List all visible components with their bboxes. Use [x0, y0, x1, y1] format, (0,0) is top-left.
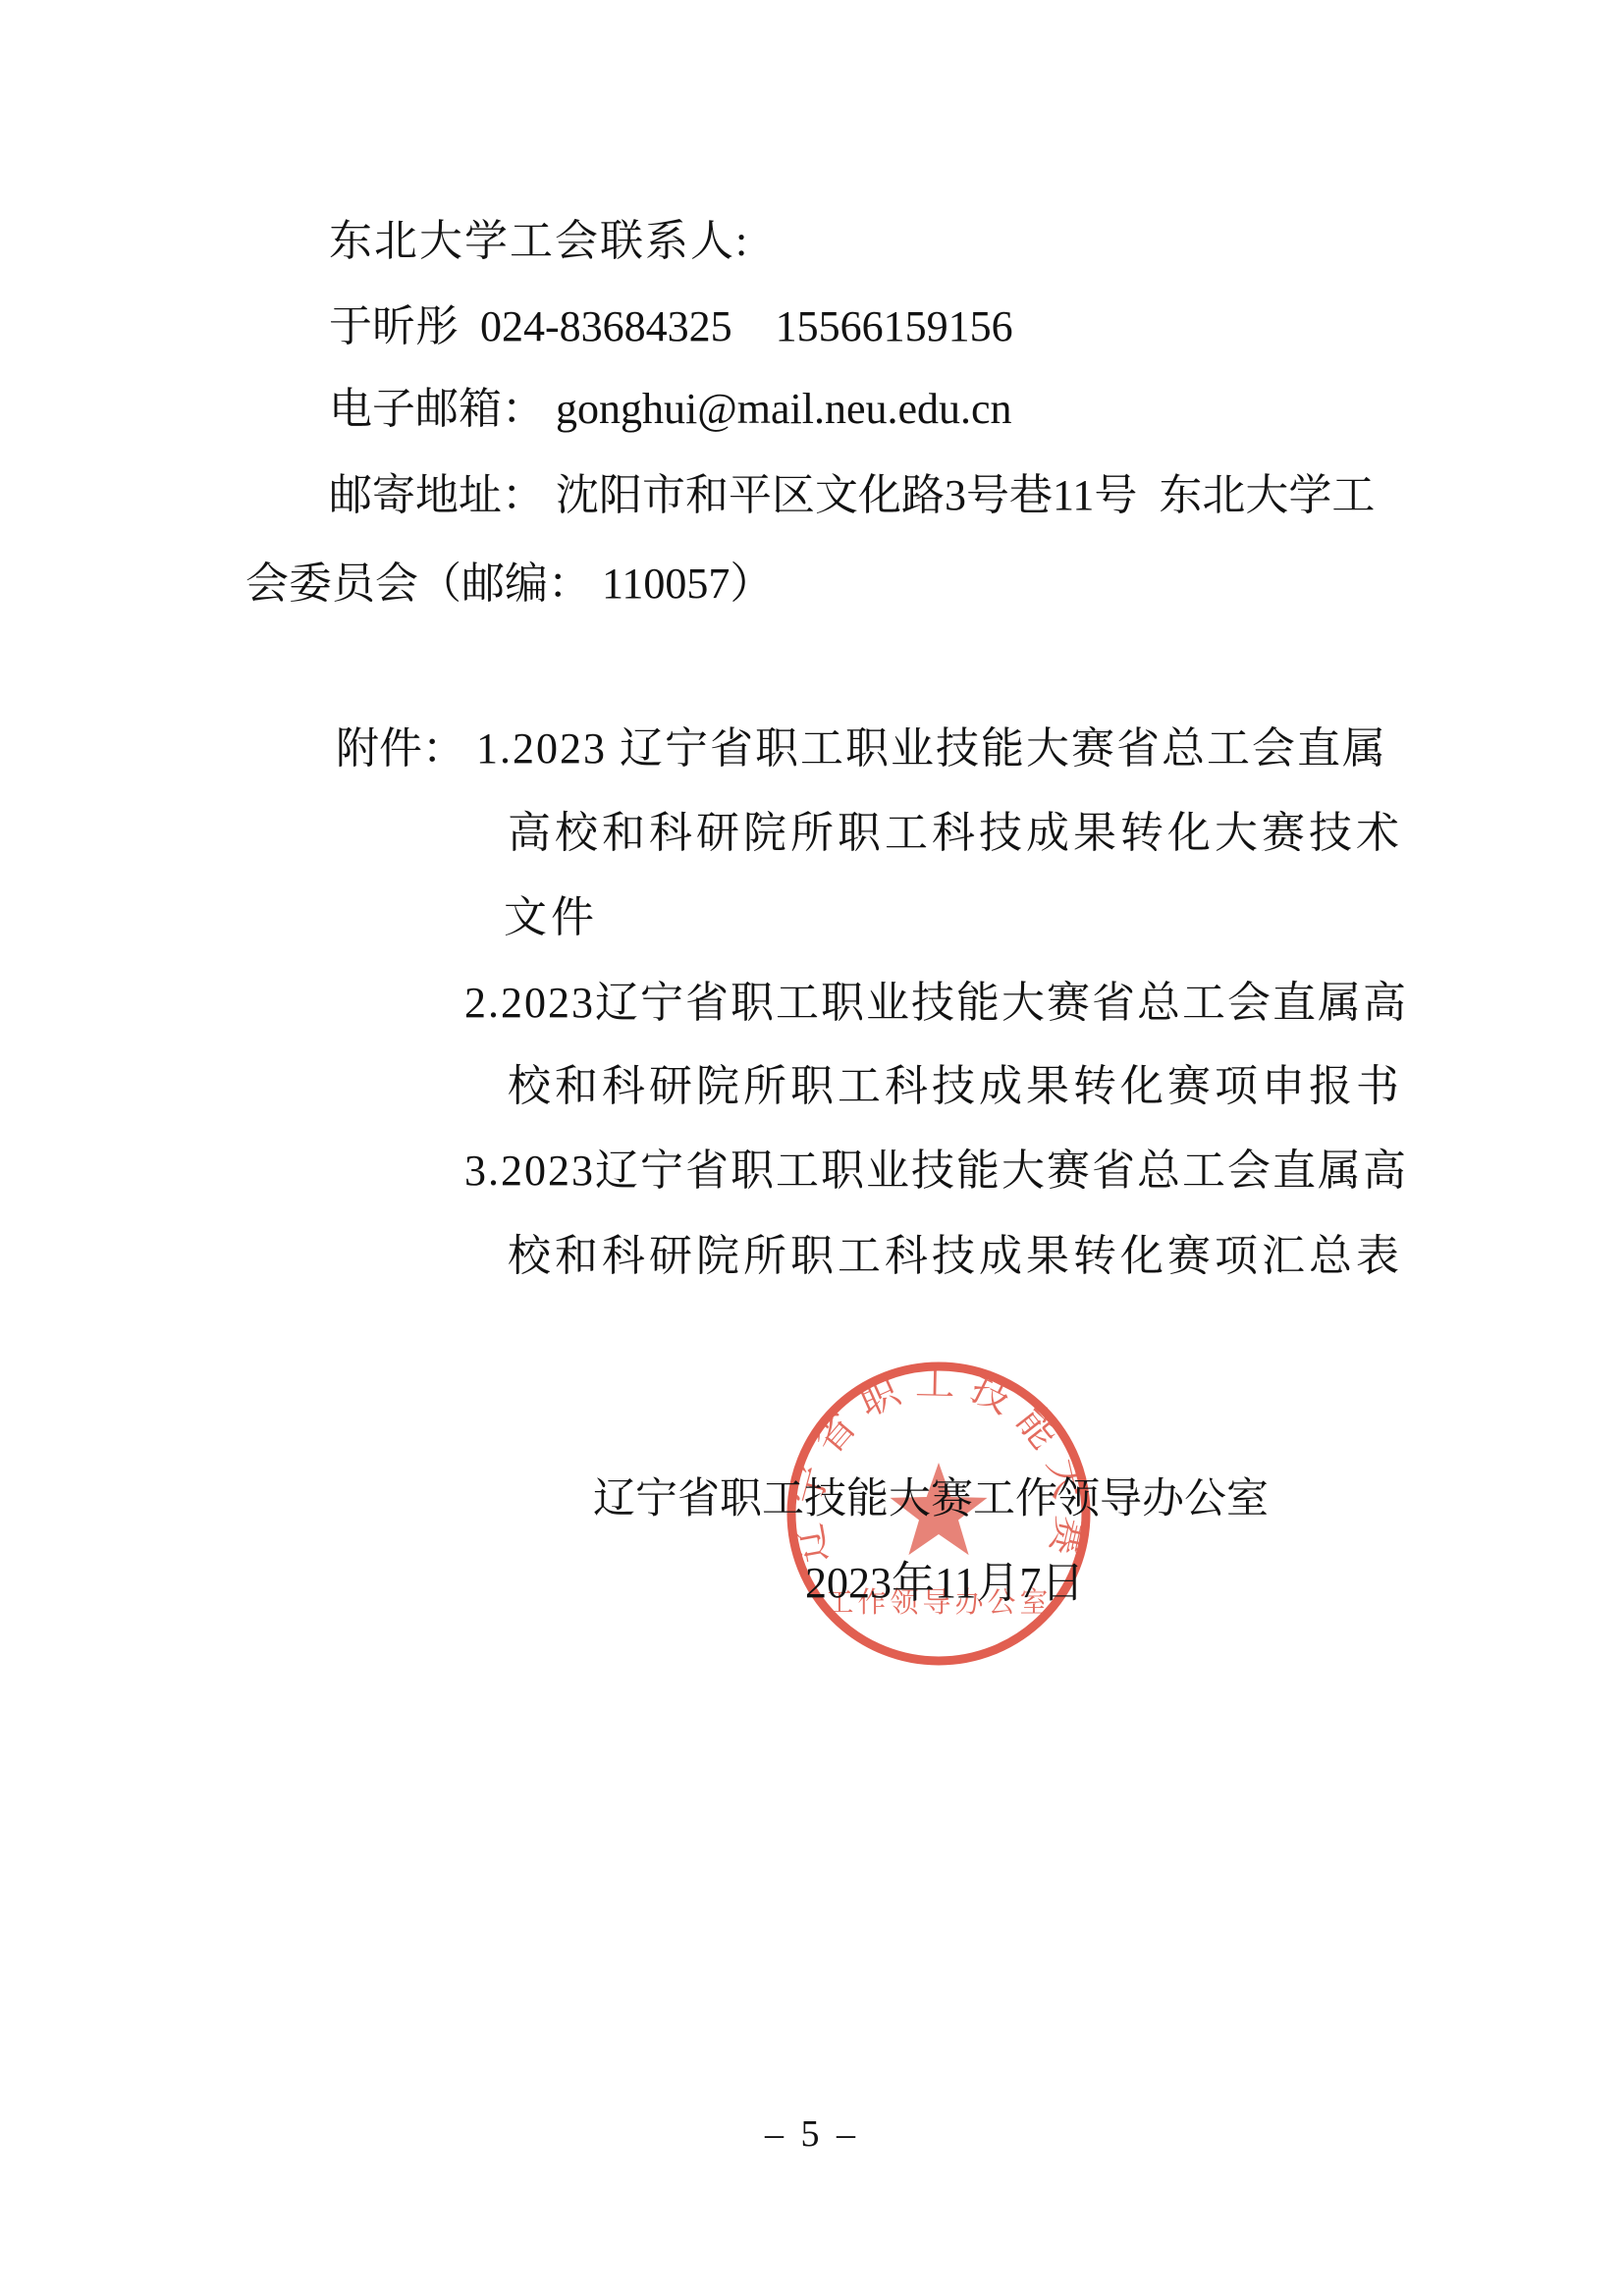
- attachment-item3-line1: 3.2023辽宁省职工职业技能大赛省总工会直属高: [464, 1147, 1408, 1197]
- signature-office: 辽宁省职工技能大赛工作领导办公室: [593, 1475, 1269, 1523]
- contact-email: 电子邮箱： gonghui@mail.neu.edu.cn: [329, 385, 1012, 435]
- contact-heading: 东北大学工会联系人:: [329, 217, 749, 267]
- attachments-label: 附件：: [336, 724, 476, 773]
- mailing-address-line2: 会委员会（邮编： 110057）: [245, 560, 773, 610]
- contact-person-phone: 于昕彤 024-83684325 15566159156: [329, 302, 1013, 352]
- signature-date: 2023年11月7日: [805, 1559, 1084, 1609]
- page-number: – 5 –: [0, 2112, 1624, 2156]
- attachment-item1-line1: 附件： 1.2023 辽宁省职工职业技能大赛省总工会直属: [336, 724, 1387, 774]
- attachment-item1-line2: 高校和科研院所职工科技成果转化大赛技术: [508, 809, 1403, 859]
- attachment-item1-line3: 文件: [504, 893, 598, 943]
- mailing-address-line1: 邮寄地址： 沈阳市和平区文化路3号巷11号 东北大学工: [329, 471, 1375, 521]
- attachment-item2-line2: 校和科研院所职工科技成果转化赛项申报书: [508, 1062, 1403, 1112]
- document-page: 东北大学工会联系人: 于昕彤 024-83684325 15566159156 …: [0, 0, 1624, 2296]
- attachment-item1-text: 1.2023 辽宁省职工职业技能大赛省总工会直属: [476, 724, 1387, 773]
- attachment-item2-line1: 2.2023辽宁省职工职业技能大赛省总工会直属高: [464, 979, 1408, 1029]
- attachment-item3-line2: 校和科研院所职工科技成果转化赛项汇总表: [508, 1232, 1403, 1282]
